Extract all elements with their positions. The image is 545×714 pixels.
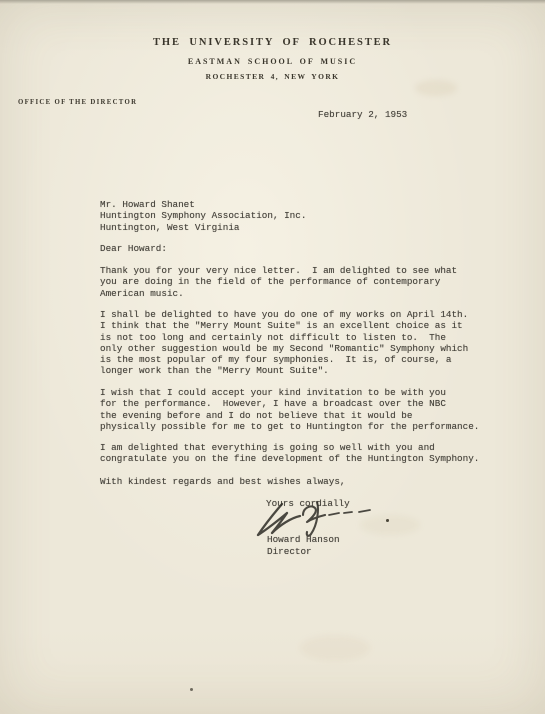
body-paragraph-2: I shall be delighted to have you do one …: [100, 309, 468, 377]
paper-speck: [190, 688, 193, 691]
body-paragraph-3: I wish that I could accept your kind inv…: [100, 387, 479, 432]
letterhead-university: THE UNIVERSITY OF ROCHESTER: [0, 37, 545, 48]
recipient-address: Mr. Howard Shanet Huntington Symphony As…: [100, 199, 306, 233]
letter-date: February 2, 1953: [318, 109, 407, 120]
scanned-letter-page: THE UNIVERSITY OF ROCHESTER EASTMAN SCHO…: [0, 0, 545, 714]
closing-line: With kindest regards and best wishes alw…: [100, 476, 345, 487]
paper-top-edge: [0, 0, 545, 4]
body-paragraph-4: I am delighted that everything is going …: [100, 442, 479, 465]
paper-smudge: [300, 635, 370, 661]
paper-smudge: [415, 80, 457, 96]
paper-smudge: [360, 515, 420, 535]
office-of-director-label: OFFICE OF THE DIRECTOR: [18, 99, 137, 106]
signature-title: Director: [267, 546, 312, 557]
letterhead-school: EASTMAN SCHOOL OF MUSIC: [0, 57, 545, 66]
body-paragraph-1: Thank you for your very nice letter. I a…: [100, 265, 457, 299]
signature-name: Howard Hanson: [267, 534, 340, 545]
letterhead-city-line: ROCHESTER 4, NEW YORK: [0, 72, 545, 81]
salutation: Dear Howard:: [100, 243, 167, 254]
